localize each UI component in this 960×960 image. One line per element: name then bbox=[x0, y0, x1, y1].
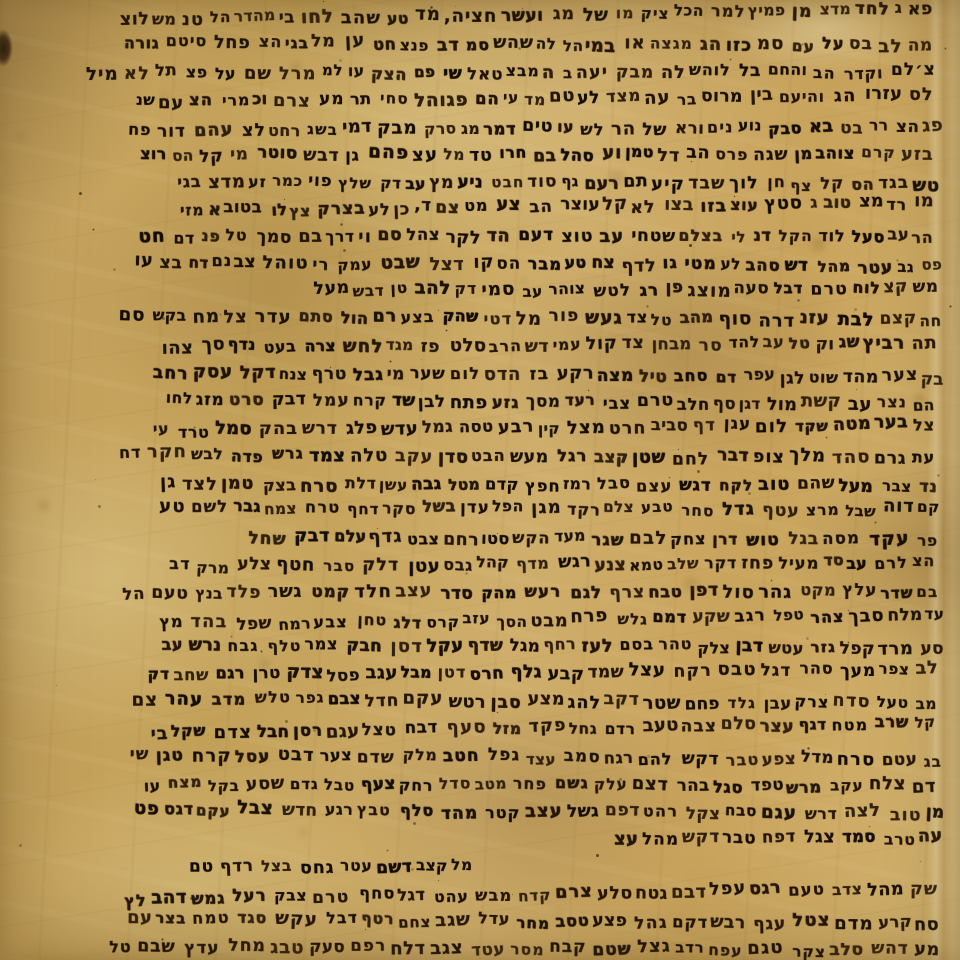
page-vignette bbox=[0, 0, 960, 960]
manuscript-page: פאגלחדמדצמןפמיץלמרהכלציקמושלמגועשרחציה,מ… bbox=[0, 0, 960, 960]
